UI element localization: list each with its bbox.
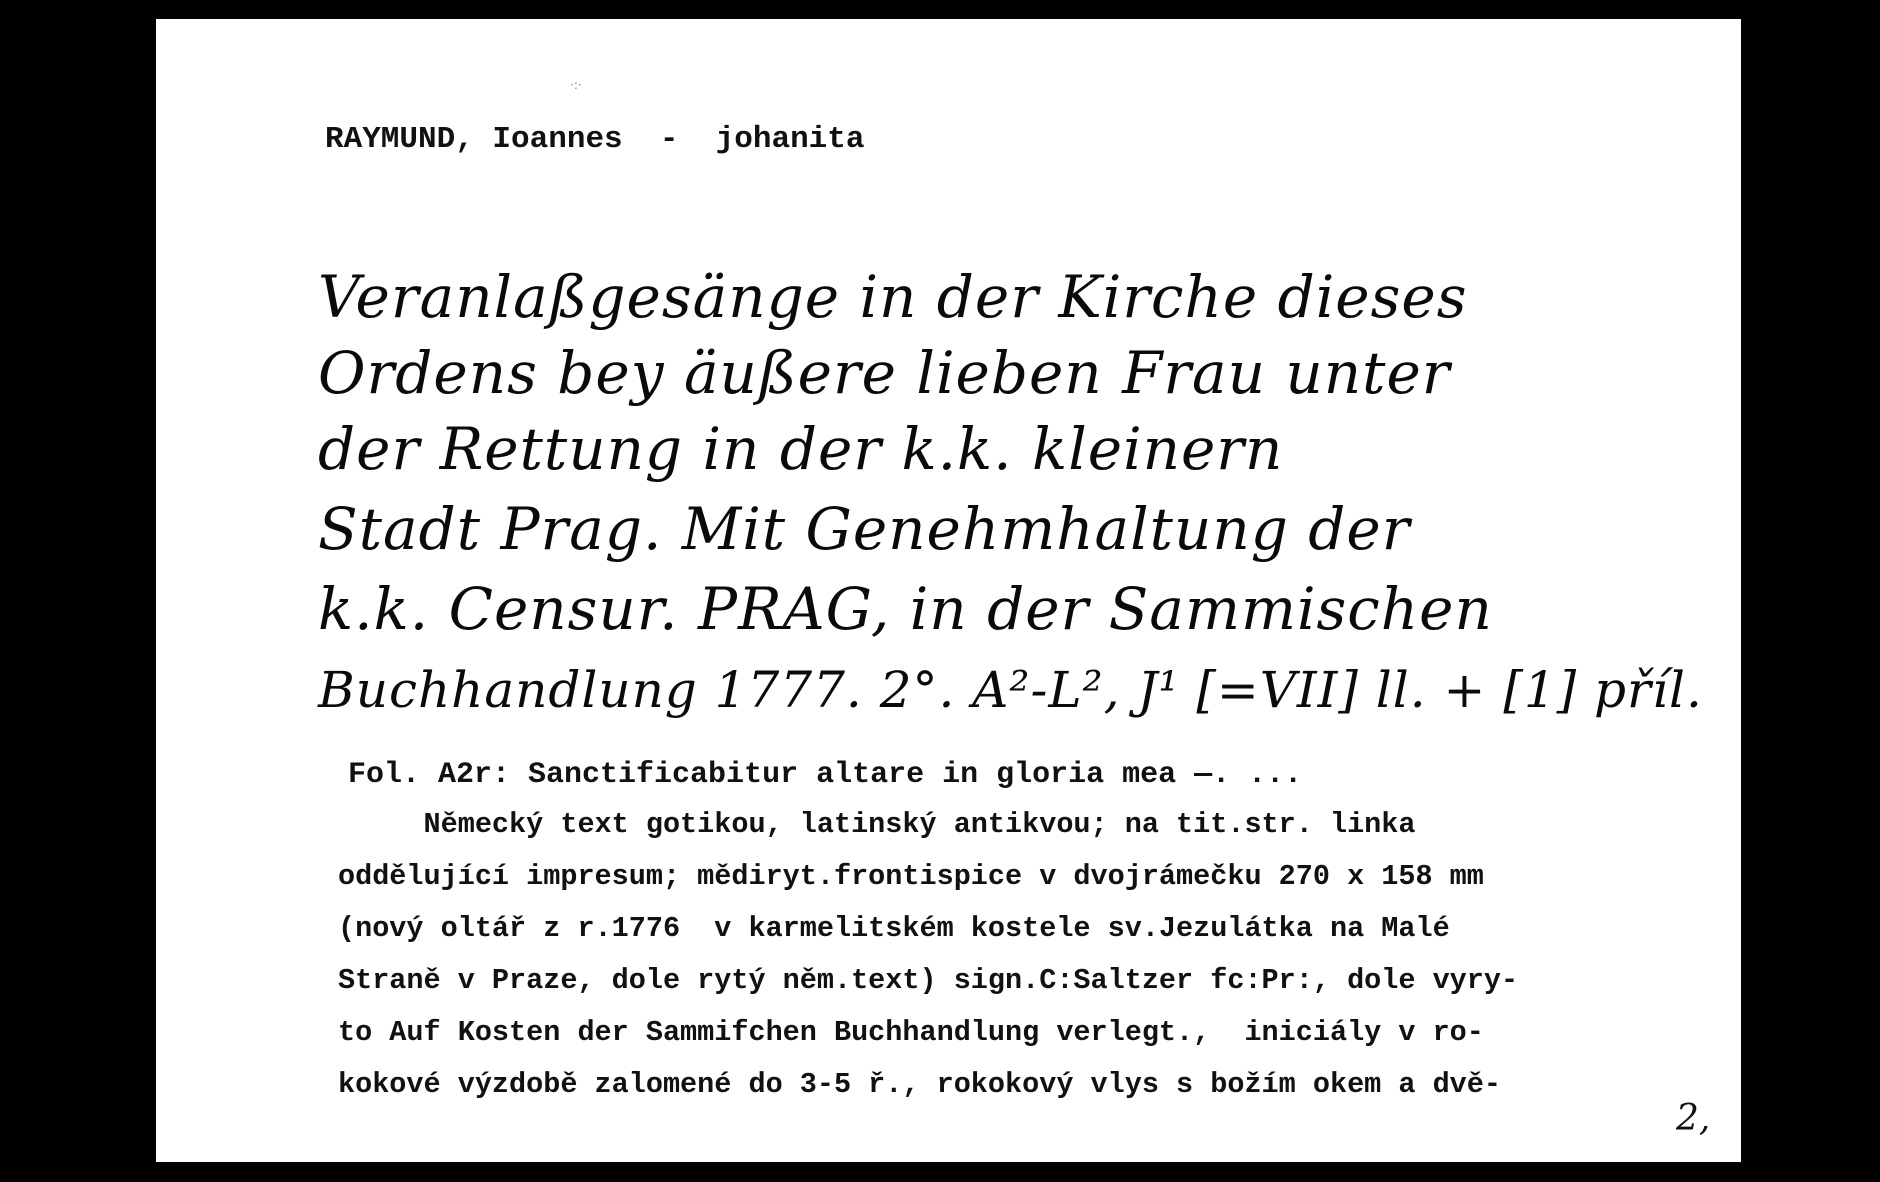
- paper-speck: ·:·: [570, 78, 582, 92]
- description-line: kokové výzdobě zalomené do 3-5 ř., rokok…: [338, 1068, 1501, 1101]
- description-line: Straně v Praze, dole rytý něm.text) sign…: [338, 964, 1518, 997]
- handwritten-title-line: Stadt Prag. Mit Genehmhaltung der: [318, 500, 1410, 558]
- card-header-author: RAYMUND, Ioannes - johanita: [325, 122, 865, 157]
- handwritten-title-line: k.k. Censur. PRAG, in der Sammischen: [318, 580, 1493, 638]
- description-line: Německý text gotikou, latinský antikvou;…: [338, 808, 1415, 841]
- description-line: (nový oltář z r.1776 v karmelitském kost…: [338, 912, 1450, 945]
- description-line: oddělující impresum; mědiryt.frontispice…: [338, 860, 1484, 893]
- handwritten-title-line: Ordens bey äußere lieben Frau unter: [318, 344, 1451, 402]
- handwritten-title-line: Veranlaßgesänge in der Kirche dieses: [318, 268, 1467, 326]
- description-line: to Auf Kosten der Sammifchen Buchhandlun…: [338, 1016, 1484, 1049]
- handwritten-title-line: Buchhandlung 1777. 2°. A²-L², J¹ [=VII] …: [318, 665, 1703, 715]
- folio-incipit: Fol. A2r: Sanctificabitur altare in glor…: [348, 758, 1302, 792]
- page-number-mark: 2,: [1676, 1098, 1710, 1139]
- handwritten-title-line: der Rettung in der k.k. kleinern: [318, 420, 1283, 478]
